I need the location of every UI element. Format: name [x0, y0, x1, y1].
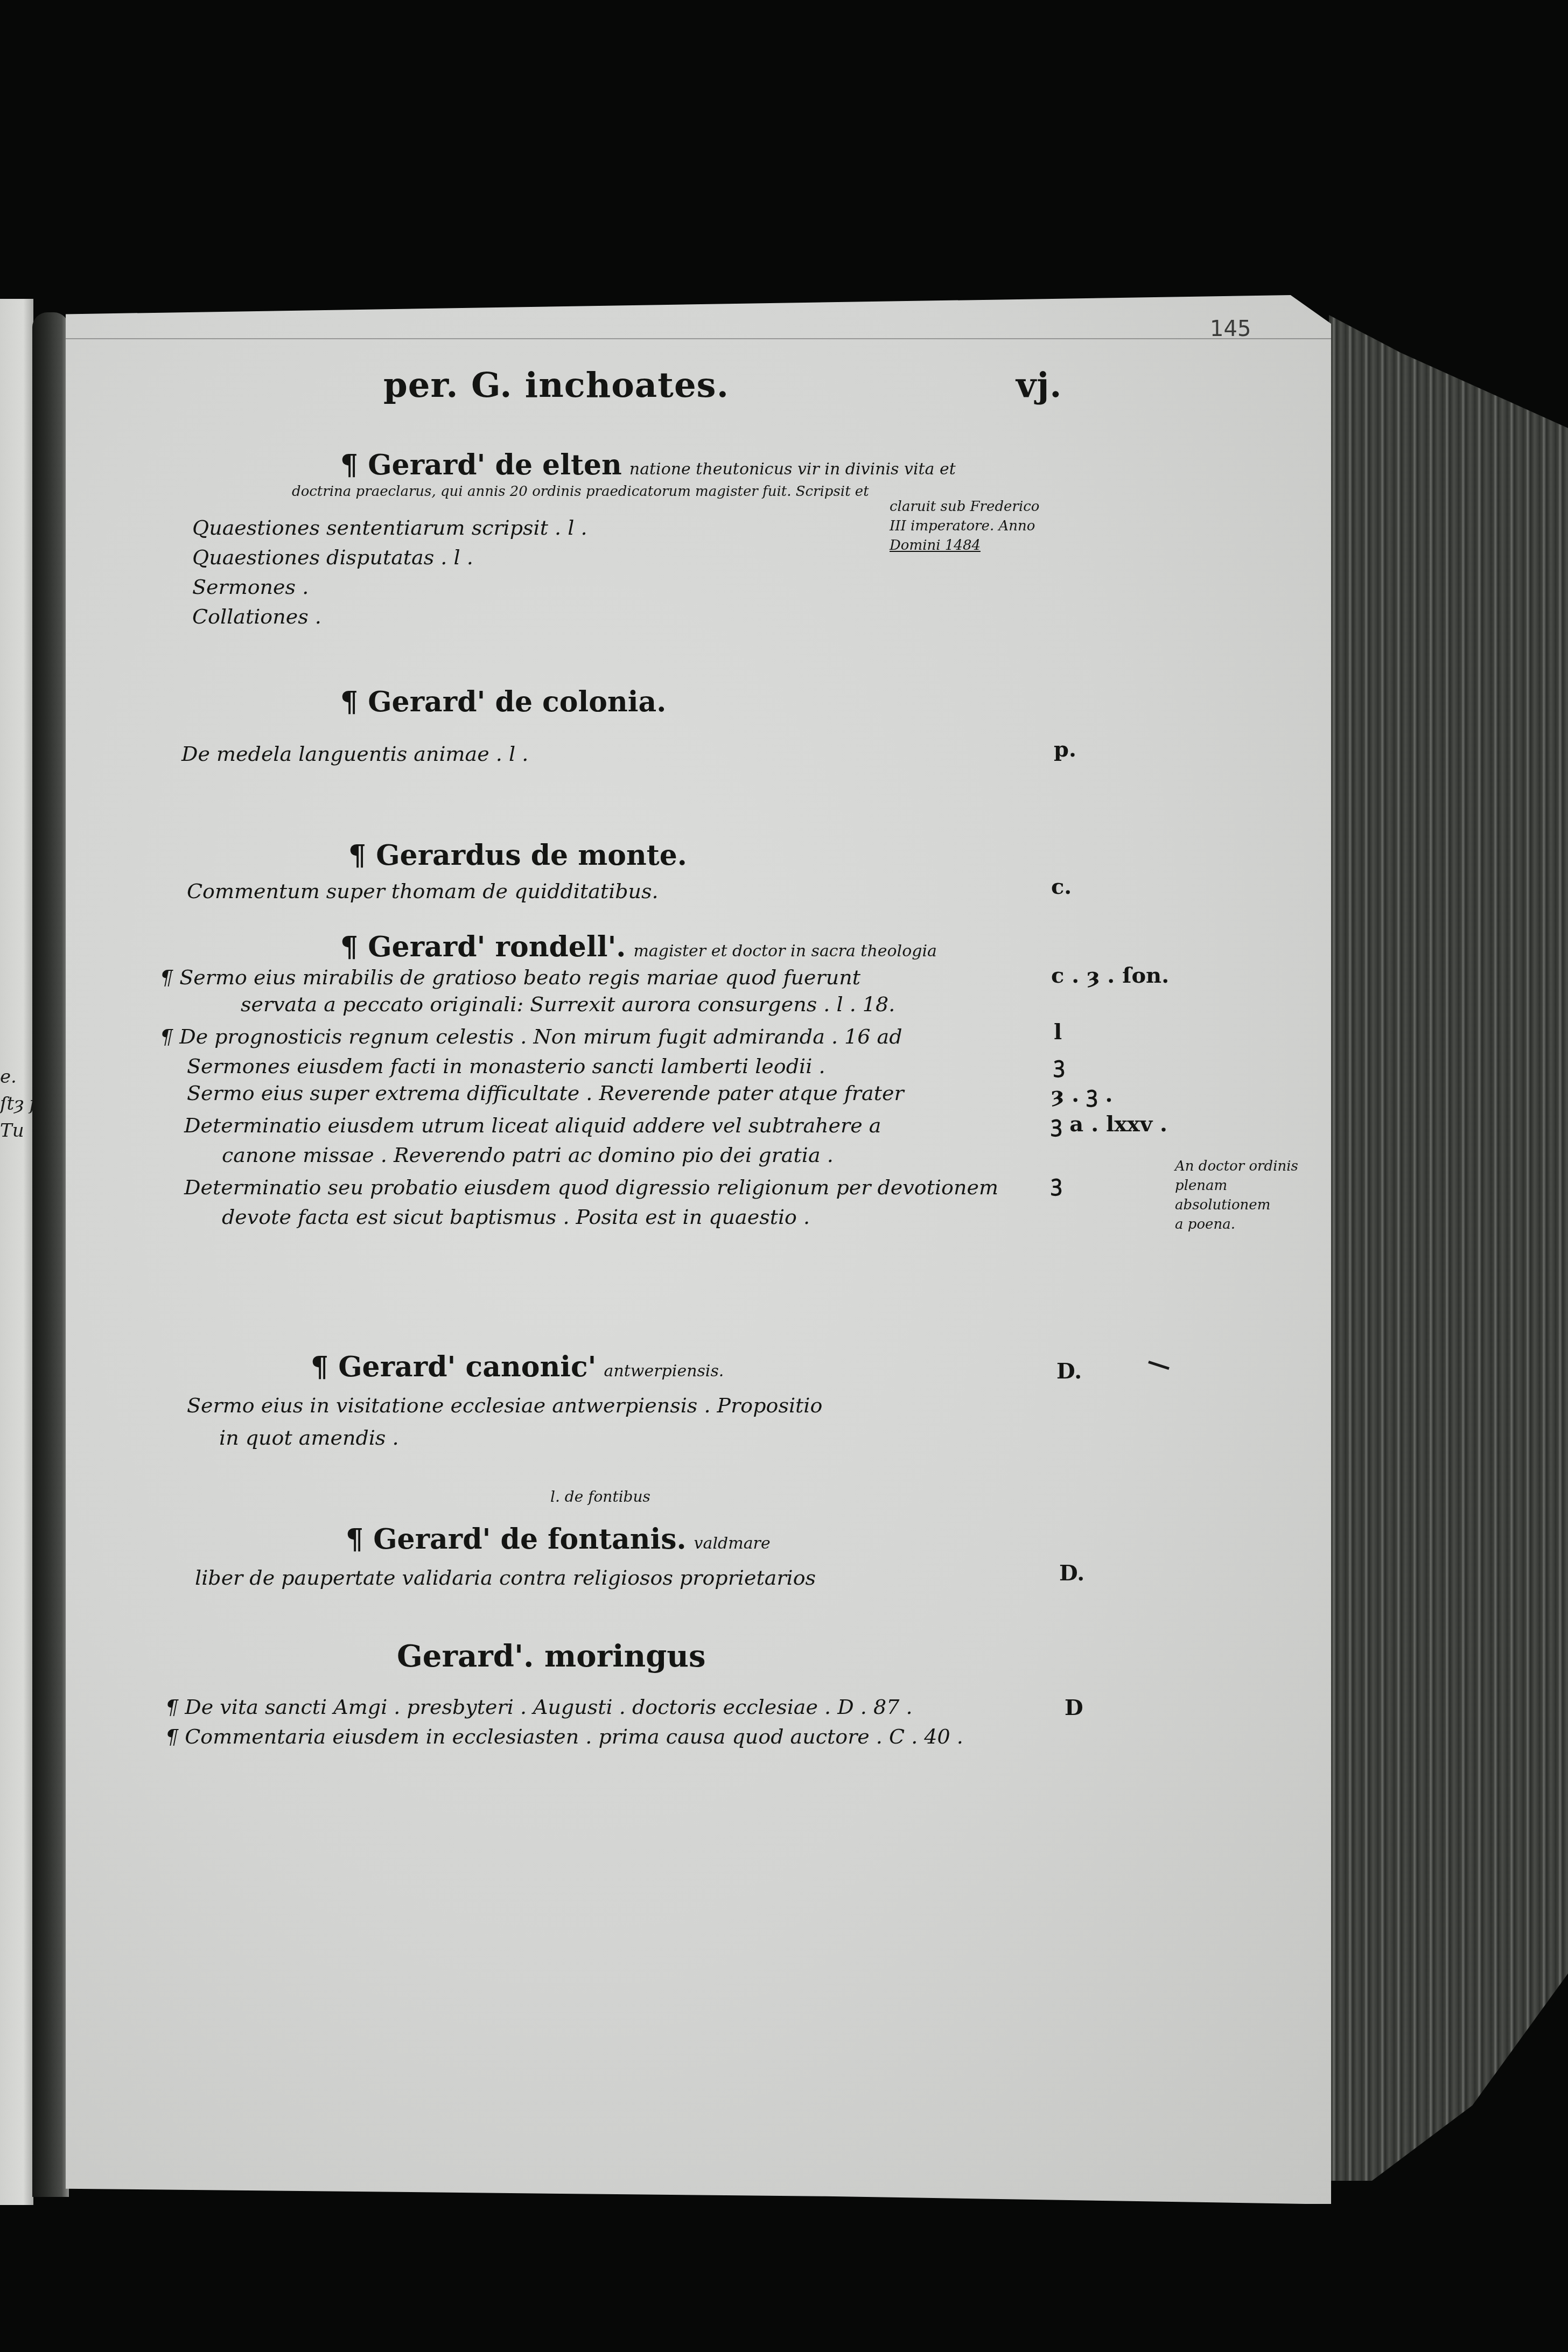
- entry: ¶ De prognosticis regnum celestis . Non …: [160, 1025, 902, 1048]
- heading-note: valdmare: [694, 1534, 771, 1553]
- heading-note: antwerpiensis.: [604, 1362, 724, 1381]
- section-heading: Gerard'. moringus: [397, 1639, 706, 1674]
- entry: ¶ Sermo eius mirabilis de gratioso beato…: [160, 965, 860, 989]
- running-head-title: per. G. inchoates.: [383, 365, 729, 405]
- entry: Sermones eiusdem facti in monasterio san…: [187, 1054, 825, 1078]
- siglum: D: [1065, 1695, 1083, 1720]
- interlinear-note: l. de fontibus: [550, 1488, 650, 1506]
- entry: De medela languentis animae . l .: [181, 742, 528, 766]
- section-heading: ¶ Gerard' de fontanis.valdmare: [346, 1523, 771, 1556]
- entry-continuation: servata a peccato originali: Surrexit au…: [241, 992, 895, 1016]
- ruling-line: [66, 338, 1331, 339]
- entry: liber de paupertate validaria contra rel…: [195, 1566, 816, 1590]
- verso-fragment: Tu: [0, 1120, 24, 1142]
- entry-continuation: in quot amendis .: [219, 1426, 399, 1450]
- heading-note-continuation: doctrina praeclarus, qui annis 20 ordini…: [292, 484, 869, 500]
- margin-note: claruit sub Frederico III imperatore. An…: [890, 497, 1062, 555]
- entry: Collationes .: [192, 605, 321, 628]
- folio-number: 145: [1210, 317, 1251, 341]
- entry: Commentum super thomam de quidditatibus.: [187, 879, 659, 903]
- siglum: D.: [1056, 1359, 1082, 1384]
- section-heading: ¶ Gerard' de eltennatione theutonicus vi…: [340, 449, 956, 481]
- entry: Determinatio seu probatio eiusdem quod d…: [184, 1175, 998, 1199]
- siglum: c.: [1051, 874, 1072, 899]
- margin-stroke: [1148, 1361, 1170, 1370]
- siglum: ȝ . ꝫ .: [1051, 1079, 1112, 1108]
- entry: Sermones .: [192, 575, 309, 599]
- verso-fragment: e.: [0, 1066, 17, 1088]
- entry: Determinatio eiusdem utrum liceat aliqui…: [184, 1114, 881, 1137]
- book-gutter: [32, 312, 69, 2197]
- heading-note: magister et doctor in sacra theologia: [633, 942, 936, 961]
- siglum: c . ȝ . ſon.: [1051, 963, 1169, 988]
- entry-continuation: devote facta est sicut baptismus . Posit…: [222, 1205, 810, 1229]
- page-block-fore-edge: [1329, 315, 1568, 2200]
- entry: ¶ De vita sancti Amgi . presbyteri . Aug…: [165, 1695, 912, 1719]
- siglum: ꝫ: [1054, 1049, 1065, 1079]
- section-heading: ¶ Gerard' rondell'.magister et doctor in…: [340, 930, 937, 963]
- siglum: ꝫ a . lxxv .: [1051, 1108, 1167, 1138]
- running-head-numeral: vj.: [1016, 365, 1062, 405]
- section-heading: ¶ Gerard' canonic'antwerpiensis.: [311, 1350, 724, 1383]
- siglum: D.: [1059, 1560, 1084, 1586]
- entry: Sermo eius super extrema difficultate . …: [187, 1081, 904, 1105]
- section-heading: ¶ Gerard' de colonia.: [340, 685, 666, 718]
- siglum: l: [1054, 1019, 1062, 1045]
- side-note: An doctor ordinis plenam absolutionem a …: [1175, 1157, 1315, 1234]
- entry: Sermo eius in visitatione ecclesiae antw…: [187, 1394, 822, 1417]
- entry: Quaestiones sententiarum scripsit . l .: [192, 516, 587, 540]
- entry-continuation: canone missae . Reverendo patri ac domin…: [222, 1143, 834, 1167]
- recto-page: 145 per. G. inchoates. vj. ¶ Gerard' de …: [66, 295, 1331, 2204]
- verso-page-edge: e. ſtȝ ſt Tu: [0, 299, 33, 2205]
- siglum: p.: [1054, 737, 1076, 762]
- section-heading: ¶ Gerardus de monte.: [348, 839, 687, 872]
- entry: Quaestiones disputatas . l .: [192, 545, 473, 569]
- heading-note: natione theutonicus vir in divinis vita …: [629, 460, 956, 479]
- siglum: ꝫ: [1051, 1167, 1062, 1197]
- entry: ¶ Commentaria eiusdem in ecclesiasten . …: [165, 1725, 963, 1748]
